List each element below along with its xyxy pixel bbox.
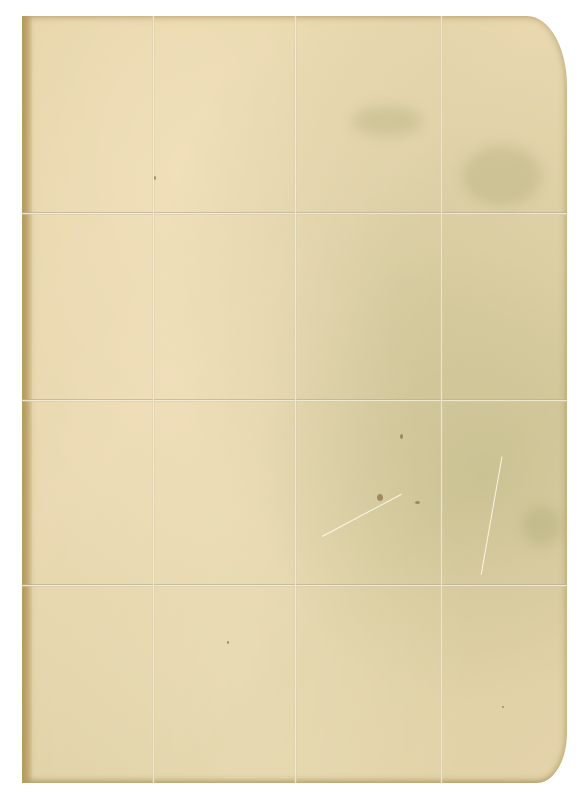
ink-speck xyxy=(502,706,504,708)
vertical-fold-crease xyxy=(440,16,443,783)
vertical-fold-crease xyxy=(152,16,155,783)
ink-speck xyxy=(377,494,383,501)
vertical-fold-crease xyxy=(294,16,297,783)
water-stain xyxy=(522,506,562,546)
paper-crack xyxy=(322,494,402,537)
aged-paper-sheet xyxy=(22,16,567,783)
ink-speck xyxy=(154,176,156,180)
ink-speck xyxy=(415,501,420,504)
ink-speck xyxy=(227,641,229,644)
paper-crack xyxy=(481,456,503,574)
water-stain xyxy=(352,106,422,136)
ink-speck xyxy=(400,434,403,439)
water-stain xyxy=(462,146,542,206)
